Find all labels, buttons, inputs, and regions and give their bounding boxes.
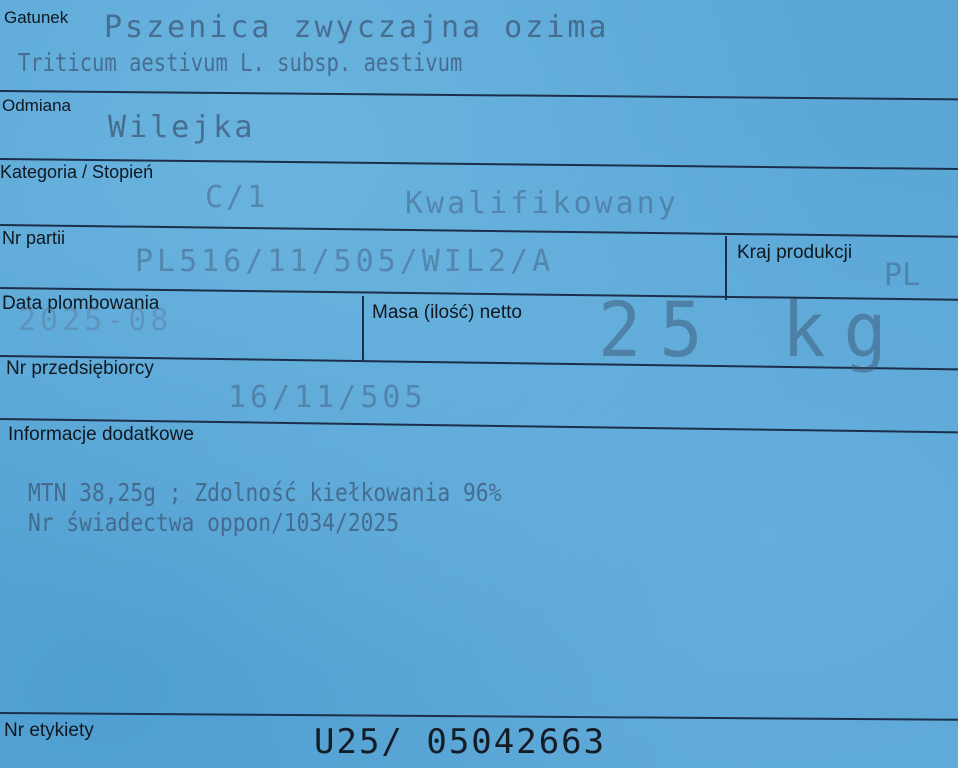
variety-value: Wilejka xyxy=(108,110,255,145)
category-grade: Kwalifikowany xyxy=(405,186,679,221)
divider-vertical-mass xyxy=(362,296,364,360)
species-label: Gatunek xyxy=(4,8,68,28)
net-mass-value: 25 kg xyxy=(598,286,905,374)
species-value: Pszenica zwyczajna ozima xyxy=(104,10,609,45)
variety-label: Odmiana xyxy=(2,96,71,116)
label-number-label: Nr etykiety xyxy=(4,720,94,742)
lot-number-value: PL516/11/505/WIL2/A xyxy=(135,244,554,279)
label-number-value: U25/ 05042663 xyxy=(314,722,606,762)
category-label: Kategoria / Stopień xyxy=(0,162,153,183)
divider-1 xyxy=(0,90,958,100)
net-mass-label: Masa (ilość) netto xyxy=(372,302,522,324)
category-value: C/1 xyxy=(205,180,268,215)
country-label: Kraj produkcji xyxy=(737,242,852,264)
entrepreneur-number-label: Nr przedsiębiorcy xyxy=(6,358,154,380)
additional-info-label: Informacje dodatkowe xyxy=(8,424,194,446)
entrepreneur-number-value: 16/11/505 xyxy=(228,380,427,415)
divider-7 xyxy=(0,712,958,721)
divider-3 xyxy=(0,224,958,238)
species-latin-name: Triticum aestivum L. subsp. aestivum xyxy=(18,48,462,77)
lot-number-label: Nr partii xyxy=(2,228,65,249)
additional-info-line-2: Nr świadectwa oppon/1034/2025 xyxy=(28,508,399,537)
additional-info-line-1: MTN 38,25g ; Zdolność kiełkowania 96% xyxy=(28,478,501,507)
sealing-date-value: 2025-08 xyxy=(18,303,172,338)
